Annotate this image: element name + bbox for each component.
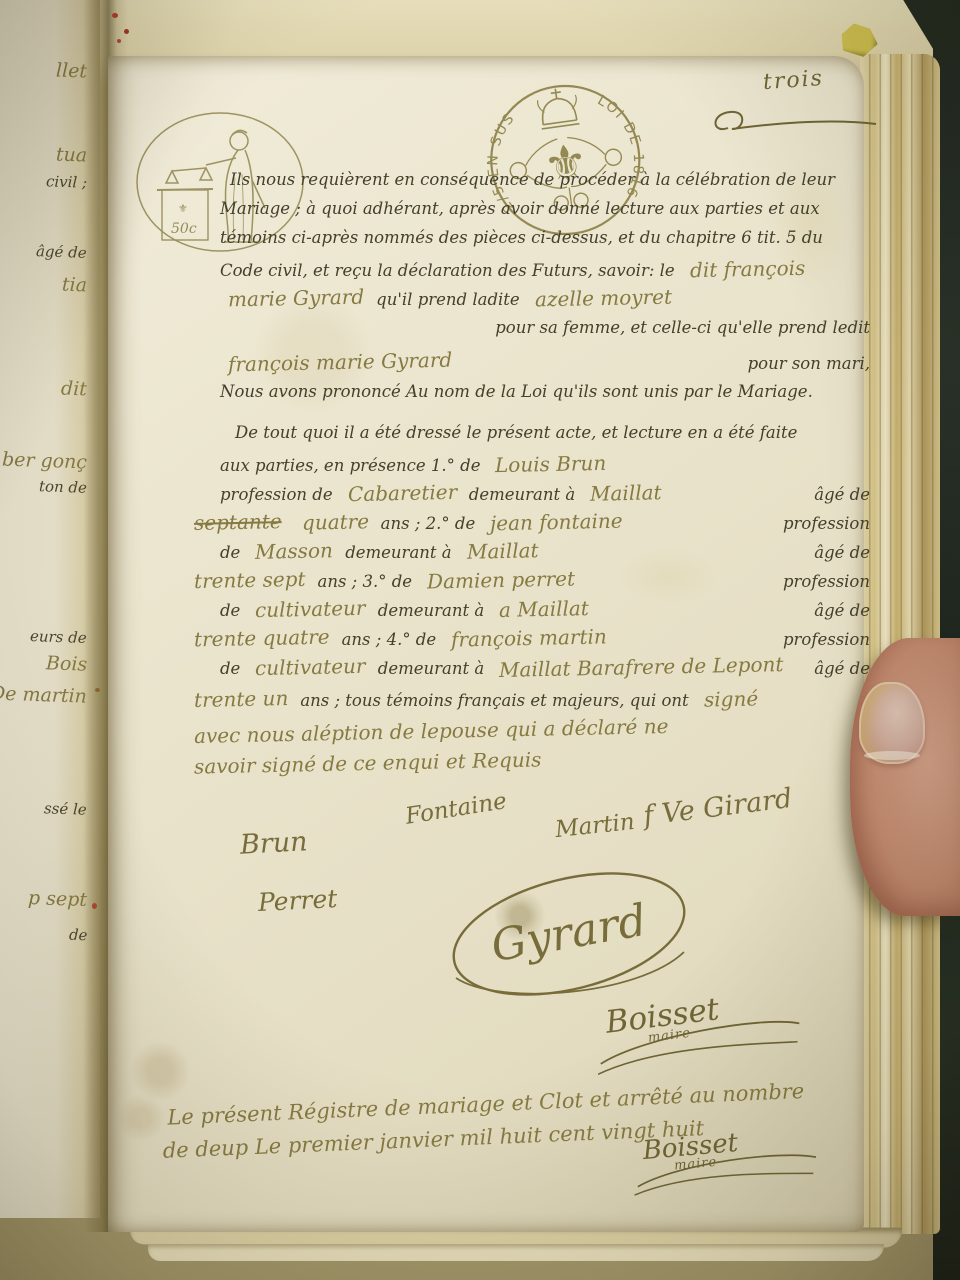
printed-text: profession [783,630,870,649]
text-line: marie Gyrardqu'il prend laditeazelle moy… [220,286,870,318]
handwritten-text: trente un [194,686,289,712]
printed-text: témoins ci-après nommés des pièces ci-de… [220,228,823,247]
printed-text: Mariage ; à quoi adhérant, après avoir d… [220,199,820,218]
signature-boisset-2: Boisset maire [641,1128,740,1176]
text-line: Nous avons prononcé Au nom de la Loi qu'… [220,382,870,414]
handwritten-text: cultivateur [255,596,366,622]
text-line: trente unans ; tous témoins français et … [186,687,870,719]
thumb-nail [859,682,925,764]
handwritten-text: françois martin [451,624,607,651]
folio-annotation: trois [762,66,825,95]
signature-gyrard-flourish: Gyrard [438,854,700,1012]
text-line: Mariage ; à quoi adhérant, après avoir d… [220,199,870,228]
text-line: savoir signé de ce enqui et Requis [186,751,870,783]
text-line: Code civil, et reçu la déclaration des F… [220,257,870,286]
printed-text: qu'il prend ladite [376,290,520,309]
handwritten-text: françois marie Gyrard [228,348,453,377]
handwritten-text: Louis Brun [495,451,607,477]
binding-stitch [92,903,97,909]
printed-text: ans ; tous témoins français et majeurs, … [300,691,688,710]
printed-text: de [220,543,240,562]
printed-text: de [220,659,240,678]
printed-text: demeurant à [378,601,484,620]
previous-page-text-fragment: p sept [28,887,88,911]
text-line: pour sa femme, et celle-ci qu'elle prend… [220,318,870,350]
printed-text: Code civil, et reçu la déclaration des F… [220,261,675,280]
printed-text: âgé de [814,601,870,620]
text-line: témoins ci-après nommés des pièces ci-de… [220,228,870,257]
text-line: profession deCabaretierdemeurant àMailla… [220,481,870,510]
handwritten-text: Maillat [466,538,538,563]
handwritten-text: signé [703,686,758,711]
text-line: deMassondemeurant àMaillatâgé de [220,539,870,568]
thumb [850,638,960,916]
printed-text: âgé de [814,485,870,504]
handwritten-text: a Maillat [499,596,589,622]
folio-flourish [708,98,883,153]
handwritten-text: cultivateur [255,654,366,680]
printed-text: profession [783,572,870,591]
text-line: trente quatreans ; 4.° defrançois martin… [186,626,870,655]
printed-text: ans ; 3.° de [317,572,412,591]
handwritten-text: dit françois [689,256,805,282]
previous-page-text-fragment: ber gonç [2,449,88,474]
text-line: septantequatreans ; 2.° dejean fontainep… [186,510,870,539]
signature-girard-father: f Ve Girard [642,783,794,832]
printed-text: âgé de [814,659,870,678]
book-cover-corner [874,0,960,62]
printed-text: de [220,601,240,620]
handwritten-text: septante [194,509,282,535]
previous-page-text-fragment: civil ; [46,172,88,191]
signature-gyrard: Gyrard [487,895,650,972]
torn-paper-scrap [834,22,880,59]
printed-text: demeurant à [345,543,451,562]
text-line: trente septans ; 3.° deDamien perretprof… [186,568,870,597]
printed-text: De tout quoi il a été dressé le présent … [235,423,797,442]
text-line: aux parties, en présence 1.° deLouis Bru… [220,452,870,481]
printed-text: pour sa femme, et celle-ci qu'elle prend… [495,318,870,337]
handwritten-text: jean fontaine [490,509,623,536]
handwritten-text: trente quatre [194,625,330,652]
printed-text: Nous avons prononcé Au nom de la Loi qu'… [220,382,813,401]
signature-brun: Brun [239,826,308,860]
text-line: Ils nous requièrent en conséquence de pr… [230,170,870,199]
handwritten-text: avec nous aléption de lepouse qui a décl… [194,714,669,748]
printed-text: Ils nous requièrent en conséquence de pr… [230,170,835,189]
printed-text: ans ; 2.° de [381,514,476,533]
printed-text: profession de [220,485,333,504]
handwritten-text: Masson [255,538,333,564]
handwritten-text: marie Gyrard [228,285,365,312]
previous-page-text-fragment: eurs de [30,627,87,647]
handwritten-text: Damien perret [427,566,576,593]
printed-text: demeurant à [378,659,484,678]
previous-page-text-fragment: De martin [0,682,87,707]
page-bottom-edge [148,1244,884,1261]
previous-page-text-fragment: llet [56,59,88,82]
handwritten-text: trente sept [194,567,306,593]
previous-page-text-fragment: Bois [45,652,87,675]
handwritten-text: quatre [301,509,369,534]
text-line: françois marie Gyrardpour son mari, [220,350,870,382]
printed-text: demeurant à [469,485,575,504]
signature-martin: Martin [554,809,636,843]
printed-text: pour son mari, [748,354,870,373]
printed-text: aux parties, en présence 1.° de [220,456,480,475]
handwritten-text: azelle moyret [534,285,672,312]
text-line: De tout quoi il a été dressé le présent … [235,423,870,452]
printed-text: âgé de [814,543,870,562]
text-line: decultivateurdemeurant àMaillat Barafrer… [220,655,870,687]
red-speck [124,29,129,34]
binding-stitch [95,688,100,692]
photo-scene: llettuacivil ;âgé detiaditber gonçton de… [0,0,960,1280]
fleur-de-lis-icon: ⚜ [178,202,188,215]
red-speck [112,13,118,18]
signature-perret: Perret [257,884,338,917]
signature-fontaine: Fontaine [404,788,509,830]
printed-text: profession [783,514,870,533]
handwritten-text: Maillat [590,480,662,505]
text-line: avec nous aléption de lepouse qui a décl… [186,719,870,751]
register-page: 50c ⚜ ⚜ [108,56,864,1232]
previous-page-text-fragment: âgé de [36,242,87,262]
handwritten-text: Maillat Barafrere de Lepont [499,652,784,682]
stamp-denomination: 50c [171,221,197,237]
handwritten-text: Cabaretier [347,480,457,506]
previous-page-text-fragment: tua [55,143,87,166]
text-line: decultivateurdemeurant àa Maillatâgé de [220,597,870,626]
handwritten-text: savoir signé de ce enqui et Requis [194,747,542,778]
red-speck [117,39,121,43]
previous-page-text-fragment: ton de [39,477,88,497]
marriage-act-text: Ils nous requièrent en conséquence de pr… [220,170,870,783]
printed-text: ans ; 4.° de [342,630,437,649]
previous-page-text-fragment: ssé le [44,799,87,818]
